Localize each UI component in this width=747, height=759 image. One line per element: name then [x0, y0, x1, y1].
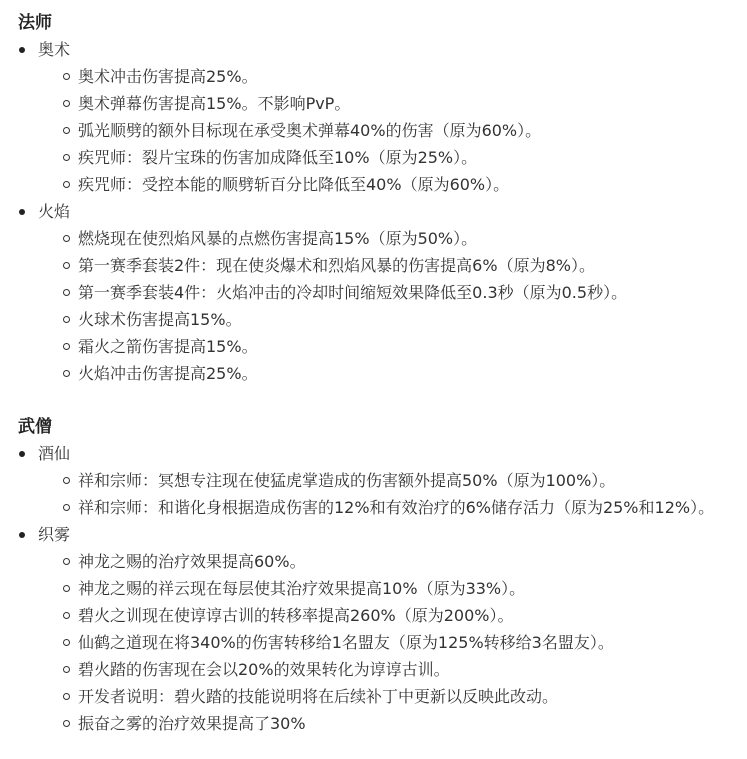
- bullet-circle-icon: [63, 639, 70, 646]
- bullet-circle-icon: [63, 558, 70, 565]
- bullet-disc-icon: [19, 451, 25, 457]
- bullet-circle-icon: [63, 154, 70, 161]
- bullet-disc-icon: [19, 532, 25, 538]
- section-title: 武僧: [18, 414, 747, 440]
- bullet-circle-icon: [63, 585, 70, 592]
- list-item: 振奋之雾的治疗效果提高了30%: [58, 710, 718, 737]
- list-item-text: 弧光顺劈的额外目标现在承受奥术弹幕40%的伤害（原为60%）。: [78, 121, 541, 140]
- list-item-text: 奥术冲击伤害提高25%。: [78, 67, 258, 86]
- bullet-disc-icon: [19, 47, 25, 53]
- bullet-circle-icon: [63, 262, 70, 269]
- list-item: 疾咒师：受控本能的顺劈斩百分比降低至40%（原为60%）。: [58, 171, 718, 198]
- spec-label: 火焰: [38, 202, 70, 221]
- list-item: 开发者说明：碧火踏的技能说明将在后续补丁中更新以反映此改动。: [58, 683, 718, 710]
- list-item-text: 火焰冲击伤害提高25%。: [78, 364, 258, 383]
- list-item: 疾咒师：裂片宝珠的伤害加成降低至10%（原为25%）。: [58, 144, 718, 171]
- list-item: 仙鹤之道现在将340%的伤害转移给1名盟友（原为125%转移给3名盟友）。: [58, 629, 718, 656]
- bullet-circle-icon: [63, 343, 70, 350]
- list-item: 碧火之训现在使谆谆古训的转移率提高260%（原为200%）。: [58, 602, 718, 629]
- list-item-text: 神龙之赐的治疗效果提高60%。: [78, 552, 306, 571]
- list-item-text: 疾咒师：裂片宝珠的伤害加成降低至10%（原为25%）。: [78, 148, 477, 167]
- spec-brewmaster: 酒仙 祥和宗师：冥想专注现在使猛虎掌造成的伤害额外提高50%（原为100%）。 …: [18, 440, 747, 521]
- bullet-circle-icon: [63, 181, 70, 188]
- section-mage: 法师 奥术 奥术冲击伤害提高25%。 奥术弹幕伤害提高15%。不影响PvP。 弧…: [18, 10, 747, 387]
- list-item-text: 开发者说明：碧火踏的技能说明将在后续补丁中更新以反映此改动。: [78, 687, 558, 706]
- list-item-text: 神龙之赐的祥云现在每层使其治疗效果提高10%（原为33%）。: [78, 579, 525, 598]
- list-item-text: 疾咒师：受控本能的顺劈斩百分比降低至40%（原为60%）。: [78, 175, 509, 194]
- list-item: 神龙之赐的治疗效果提高60%。: [58, 548, 718, 575]
- change-list: 奥术冲击伤害提高25%。 奥术弹幕伤害提高15%。不影响PvP。 弧光顺劈的额外…: [38, 63, 747, 198]
- list-item-text: 第一赛季套装2件：现在使炎爆术和烈焰风暴的伤害提高6%（原为8%）。: [78, 256, 595, 275]
- bullet-disc-icon: [19, 209, 25, 215]
- spec-fire: 火焰 燃烧现在使烈焰风暴的点燃伤害提高15%（原为50%）。 第一赛季套装2件：…: [18, 198, 747, 387]
- bullet-circle-icon: [63, 612, 70, 619]
- list-item: 碧火踏的伤害现在会以20%的效果转化为谆谆古训。: [58, 656, 718, 683]
- list-item-text: 第一赛季套装4件：火焰冲击的冷却时间缩短效果降低至0.3秒（原为0.5秒）。: [78, 283, 627, 302]
- spec-mistweaver: 织雾 神龙之赐的治疗效果提高60%。 神龙之赐的祥云现在每层使其治疗效果提高10…: [18, 521, 747, 737]
- bullet-circle-icon: [63, 73, 70, 80]
- bullet-circle-icon: [63, 235, 70, 242]
- list-item: 奥术弹幕伤害提高15%。不影响PvP。: [58, 90, 718, 117]
- change-list: 燃烧现在使烈焰风暴的点燃伤害提高15%（原为50%）。 第一赛季套装2件：现在使…: [38, 225, 747, 387]
- bullet-circle-icon: [63, 477, 70, 484]
- bullet-circle-icon: [63, 720, 70, 727]
- section-monk: 武僧 酒仙 祥和宗师：冥想专注现在使猛虎掌造成的伤害额外提高50%（原为100%…: [18, 414, 747, 737]
- list-item: 奥术冲击伤害提高25%。: [58, 63, 718, 90]
- list-item: 火球术伤害提高15%。: [58, 306, 718, 333]
- list-item: 祥和宗师：和谐化身根据造成伤害的12%和有效治疗的6%储存活力（原为25%和12…: [58, 494, 718, 521]
- list-item-text: 祥和宗师：冥想专注现在使猛虎掌造成的伤害额外提高50%（原为100%）。: [78, 471, 615, 490]
- list-item: 神龙之赐的祥云现在每层使其治疗效果提高10%（原为33%）。: [58, 575, 718, 602]
- bullet-circle-icon: [63, 666, 70, 673]
- list-item-text: 仙鹤之道现在将340%的伤害转移给1名盟友（原为125%转移给3名盟友）。: [78, 633, 614, 652]
- section-title: 法师: [18, 10, 747, 36]
- list-item-text: 振奋之雾的治疗效果提高了30%: [78, 714, 306, 733]
- list-item: 第一赛季套装4件：火焰冲击的冷却时间缩短效果降低至0.3秒（原为0.5秒）。: [58, 279, 718, 306]
- patch-notes: 法师 奥术 奥术冲击伤害提高25%。 奥术弹幕伤害提高15%。不影响PvP。 弧…: [0, 0, 747, 737]
- list-item: 霜火之箭伤害提高15%。: [58, 333, 718, 360]
- spec-arcane: 奥术 奥术冲击伤害提高25%。 奥术弹幕伤害提高15%。不影响PvP。 弧光顺劈…: [18, 36, 747, 198]
- list-item-text: 碧火踏的伤害现在会以20%的效果转化为谆谆古训。: [78, 660, 450, 679]
- spec-label: 酒仙: [38, 444, 70, 463]
- bullet-circle-icon: [63, 127, 70, 134]
- list-item: 燃烧现在使烈焰风暴的点燃伤害提高15%（原为50%）。: [58, 225, 718, 252]
- bullet-circle-icon: [63, 370, 70, 377]
- change-list: 祥和宗师：冥想专注现在使猛虎掌造成的伤害额外提高50%（原为100%）。 祥和宗…: [38, 467, 747, 521]
- bullet-circle-icon: [63, 693, 70, 700]
- bullet-circle-icon: [63, 316, 70, 323]
- bullet-circle-icon: [63, 100, 70, 107]
- list-item: 火焰冲击伤害提高25%。: [58, 360, 718, 387]
- list-item-text: 祥和宗师：和谐化身根据造成伤害的12%和有效治疗的6%储存活力（原为25%和12…: [78, 498, 714, 517]
- list-item-text: 燃烧现在使烈焰风暴的点燃伤害提高15%（原为50%）。: [78, 229, 477, 248]
- spec-label: 奥术: [38, 40, 70, 59]
- change-list: 神龙之赐的治疗效果提高60%。 神龙之赐的祥云现在每层使其治疗效果提高10%（原…: [38, 548, 747, 737]
- list-item: 弧光顺劈的额外目标现在承受奥术弹幕40%的伤害（原为60%）。: [58, 117, 718, 144]
- list-item: 祥和宗师：冥想专注现在使猛虎掌造成的伤害额外提高50%（原为100%）。: [58, 467, 718, 494]
- spec-list: 酒仙 祥和宗师：冥想专注现在使猛虎掌造成的伤害额外提高50%（原为100%）。 …: [18, 440, 747, 737]
- list-item-text: 火球术伤害提高15%。: [78, 310, 242, 329]
- list-item-text: 霜火之箭伤害提高15%。: [78, 337, 258, 356]
- bullet-circle-icon: [63, 504, 70, 511]
- spec-list: 奥术 奥术冲击伤害提高25%。 奥术弹幕伤害提高15%。不影响PvP。 弧光顺劈…: [18, 36, 747, 387]
- spec-label: 织雾: [38, 525, 70, 544]
- list-item: 第一赛季套装2件：现在使炎爆术和烈焰风暴的伤害提高6%（原为8%）。: [58, 252, 718, 279]
- bullet-circle-icon: [63, 289, 70, 296]
- list-item-text: 奥术弹幕伤害提高15%。不影响PvP。: [78, 94, 350, 113]
- list-item-text: 碧火之训现在使谆谆古训的转移率提高260%（原为200%）。: [78, 606, 514, 625]
